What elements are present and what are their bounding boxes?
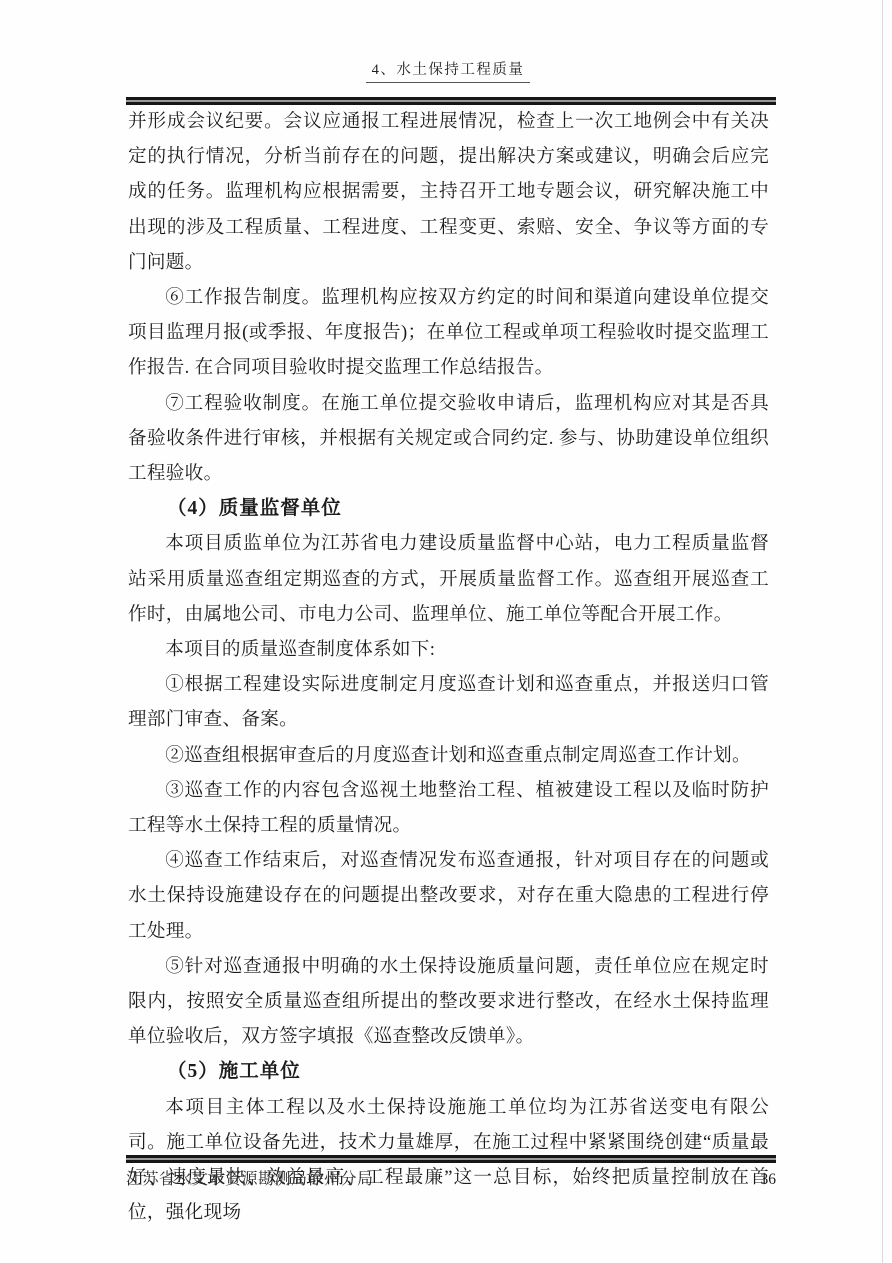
document-page: 4、水土保持工程质量 并形成会议纪要。会议应通报工程进展情况，检查上一次工地例会…: [0, 0, 892, 1263]
paragraph-inspection-item-3: ③巡查工作的内容包含巡视土地整治工程、植被建设工程以及临时防护工程等水土保持工程…: [128, 773, 769, 843]
page-header: 4、水土保持工程质量: [128, 58, 768, 83]
section-heading-construction-unit: （5）施工单位: [128, 1054, 769, 1089]
paragraph-supervision-station: 本项目质监单位为江苏省电力建设质量监督中心站，电力工程质量监督站采用质量巡查组定…: [128, 526, 769, 632]
paragraph-work-report-system: ⑥工作报告制度。监理机构应按双方约定的时间和渠道向建设单位提交项目监理月报(或季…: [128, 280, 769, 386]
paragraph-inspection-item-1: ①根据工程建设实际进度制定月度巡查计划和巡查重点，并报送归口管理部门审查、备案。: [128, 667, 769, 737]
page-footer: 江苏省水文水资源勘测局徐州分局 36: [126, 1166, 776, 1189]
paragraph-inspection-item-2: ②巡查组根据审查后的月度巡查计划和巡查重点制定周巡查工作计划。: [128, 738, 769, 773]
paragraph-acceptance-system: ⑦工程验收制度。在施工单位提交验收申请后，监理机构应对其是否具备验收条件进行审核…: [128, 386, 769, 492]
document-body: 并形成会议纪要。会议应通报工程进展情况，检查上一次工地例会中有关决定的执行情况，…: [128, 104, 769, 1231]
paragraph-inspection-item-4: ④巡查工作结束后，对巡查情况发布巡查通报，针对项目存在的问题或水土保持设施建设存…: [128, 843, 769, 949]
paragraph-continuation: 并形成会议纪要。会议应通报工程进展情况，检查上一次工地例会中有关决定的执行情况，…: [128, 104, 769, 280]
section-heading-quality-supervision-unit: （4）质量监督单位: [128, 491, 769, 526]
header-title: 4、水土保持工程质量: [366, 58, 531, 83]
footer-page-number: 36: [761, 1171, 777, 1189]
scan-edge-line: [882, 0, 883, 1263]
footer-rule: [126, 1155, 776, 1163]
paragraph-inspection-item-5: ⑤针对巡查通报中明确的水土保持设施质量问题，责任单位应在规定时限内，按照安全质量…: [128, 949, 769, 1055]
paragraph-inspection-system-intro: 本项目的质量巡查制度体系如下:: [128, 632, 769, 667]
footer-organization: 江苏省水文水资源勘测局徐州分局: [126, 1166, 374, 1189]
